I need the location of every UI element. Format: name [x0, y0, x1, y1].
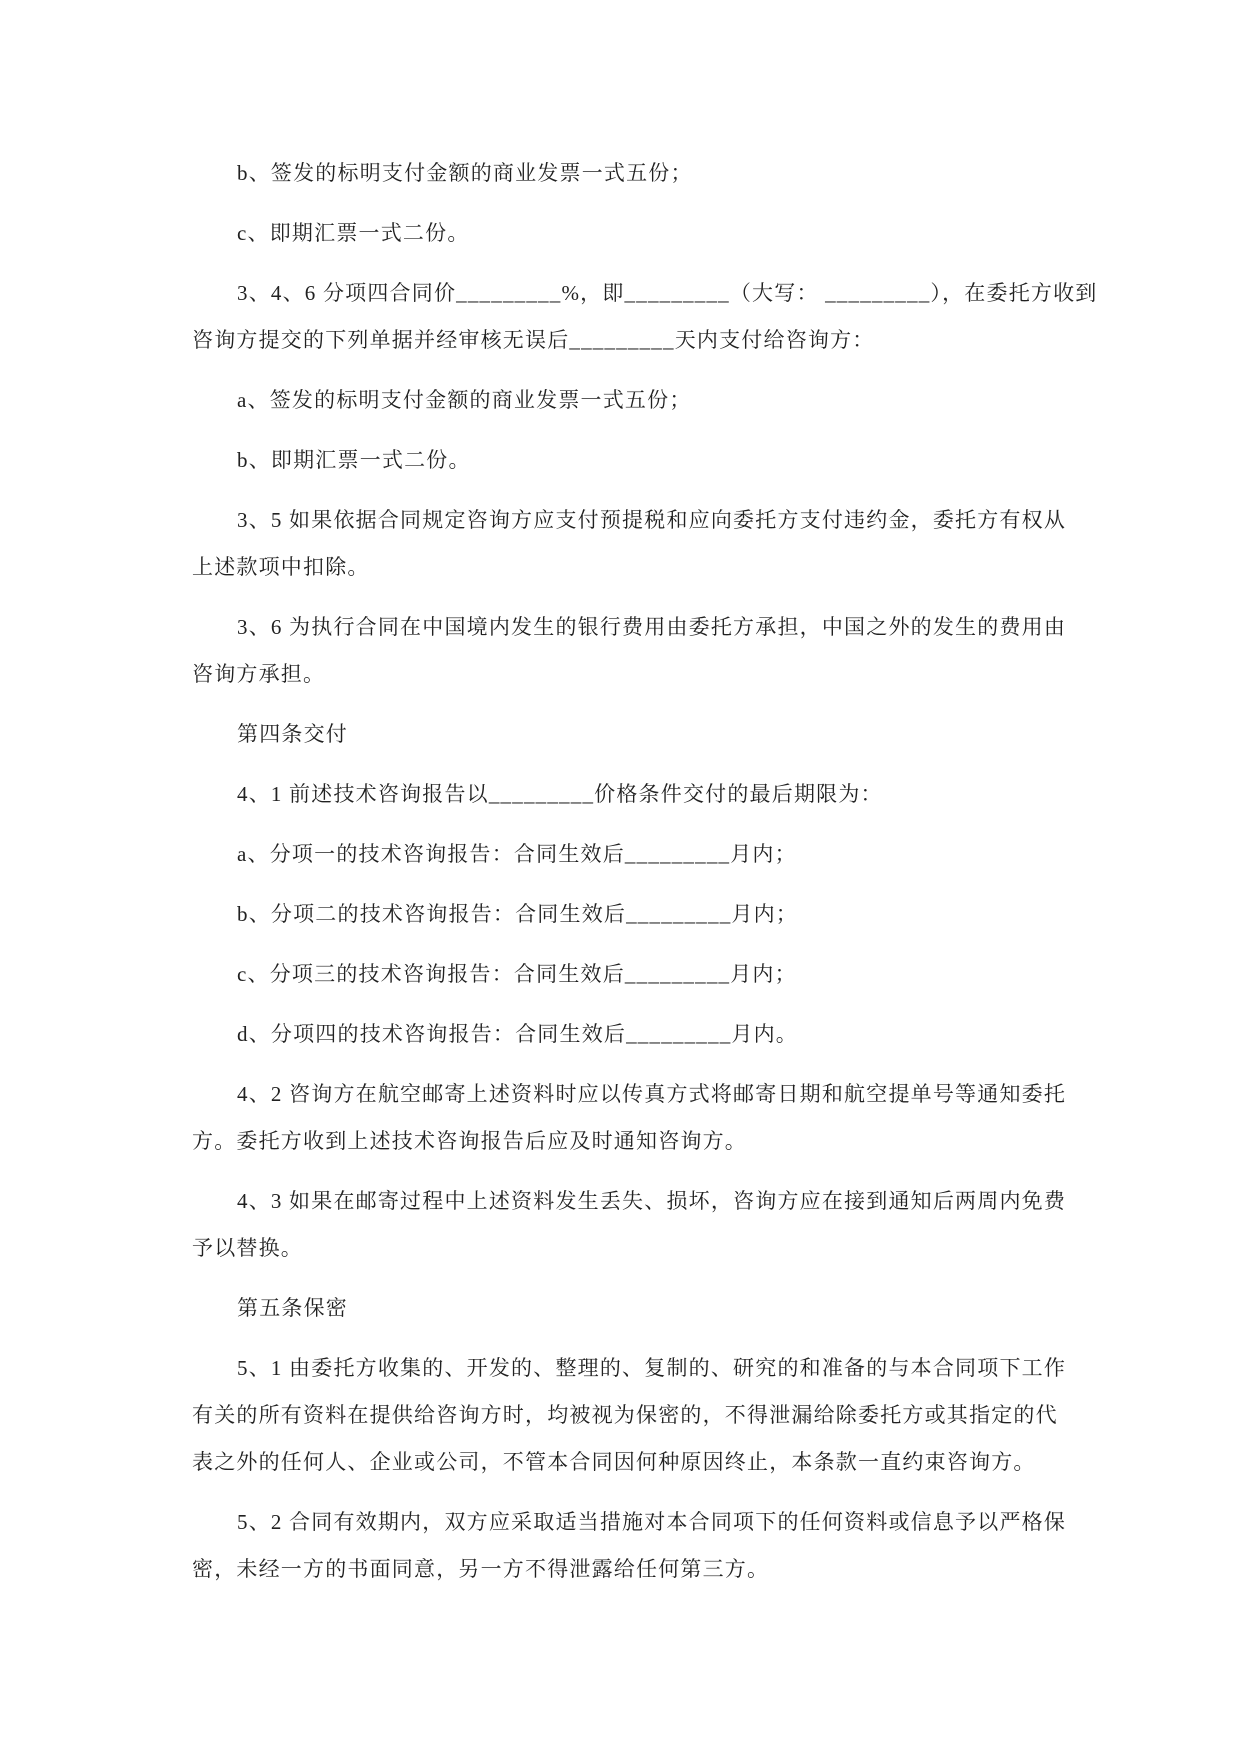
line-item-a-report-1: a、分项一的技术咨询报告：合同生效后_________月内；	[192, 831, 1076, 878]
line-item-c-sight-draft: c、即期汇票一式二份。	[192, 210, 1076, 257]
clause-5-1-line-3: 表之外的任何人、企业或公司，不管本合同因何种原因终止，本条款一直约束咨询方。	[192, 1439, 1076, 1486]
clause-5-2-line-2: 密，未经一方的书面同意，另一方不得泄露给任何第三方。	[192, 1546, 1076, 1593]
clause-4-2-line-2: 方。委托方收到上述技术咨询报告后应及时通知咨询方。	[192, 1118, 1076, 1165]
line-item-b-report-2: b、分项二的技术咨询报告：合同生效后_________月内；	[192, 891, 1076, 938]
clause-3-5-line-2: 上述款项中扣除。	[192, 544, 1076, 591]
line-item-b-sight-draft: b、即期汇票一式二份。	[192, 437, 1076, 484]
clause-3-4-6-line-1: 3、4、6 分项四合同价_________%，即_________（大写： __…	[192, 270, 1076, 317]
heading-article-5-confidentiality: 第五条保密	[192, 1285, 1076, 1332]
heading-article-4-delivery: 第四条交付	[192, 711, 1076, 758]
clause-4-3-line-2: 予以替换。	[192, 1225, 1076, 1272]
clause-4-1: 4、1 前述技术咨询报告以_________价格条件交付的最后期限为：	[192, 771, 1076, 818]
line-item-d-report-4: d、分项四的技术咨询报告：合同生效后_________月内。	[192, 1011, 1076, 1058]
clause-5-1-line-1: 5、1 由委托方收集的、开发的、整理的、复制的、研究的和准备的与本合同项下工作	[192, 1345, 1076, 1392]
document-page: b、签发的标明支付金额的商业发票一式五份； c、即期汇票一式二份。 3、4、6 …	[0, 0, 1240, 1753]
clause-3-4-6-line-2: 咨询方提交的下列单据并经审核无误后_________天内支付给咨询方：	[192, 317, 1076, 364]
contract-text-body: b、签发的标明支付金额的商业发票一式五份； c、即期汇票一式二份。 3、4、6 …	[192, 137, 1076, 1593]
clause-3-6-line-1: 3、6 为执行合同在中国境内发生的银行费用由委托方承担，中国之外的发生的费用由	[192, 604, 1076, 651]
line-item-c-report-3: c、分项三的技术咨询报告：合同生效后_________月内；	[192, 951, 1076, 998]
clause-4-3-line-1: 4、3 如果在邮寄过程中上述资料发生丢失、损坏，咨询方应在接到通知后两周内免费	[192, 1178, 1076, 1225]
clause-5-1-line-2: 有关的所有资料在提供给咨询方时，均被视为保密的，不得泄漏给除委托方或其指定的代	[192, 1392, 1076, 1439]
line-item-a-invoice: a、签发的标明支付金额的商业发票一式五份；	[192, 377, 1076, 424]
clause-4-2-line-1: 4、2 咨询方在航空邮寄上述资料时应以传真方式将邮寄日期和航空提单号等通知委托	[192, 1071, 1076, 1118]
clause-3-6-line-2: 咨询方承担。	[192, 651, 1076, 698]
line-item-b-invoice: b、签发的标明支付金额的商业发票一式五份；	[192, 150, 1076, 197]
clause-5-2-line-1: 5、2 合同有效期内，双方应采取适当措施对本合同项下的任何资料或信息予以严格保	[192, 1499, 1076, 1546]
clause-3-5-line-1: 3、5 如果依据合同规定咨询方应支付预提税和应向委托方支付违约金，委托方有权从	[192, 497, 1076, 544]
